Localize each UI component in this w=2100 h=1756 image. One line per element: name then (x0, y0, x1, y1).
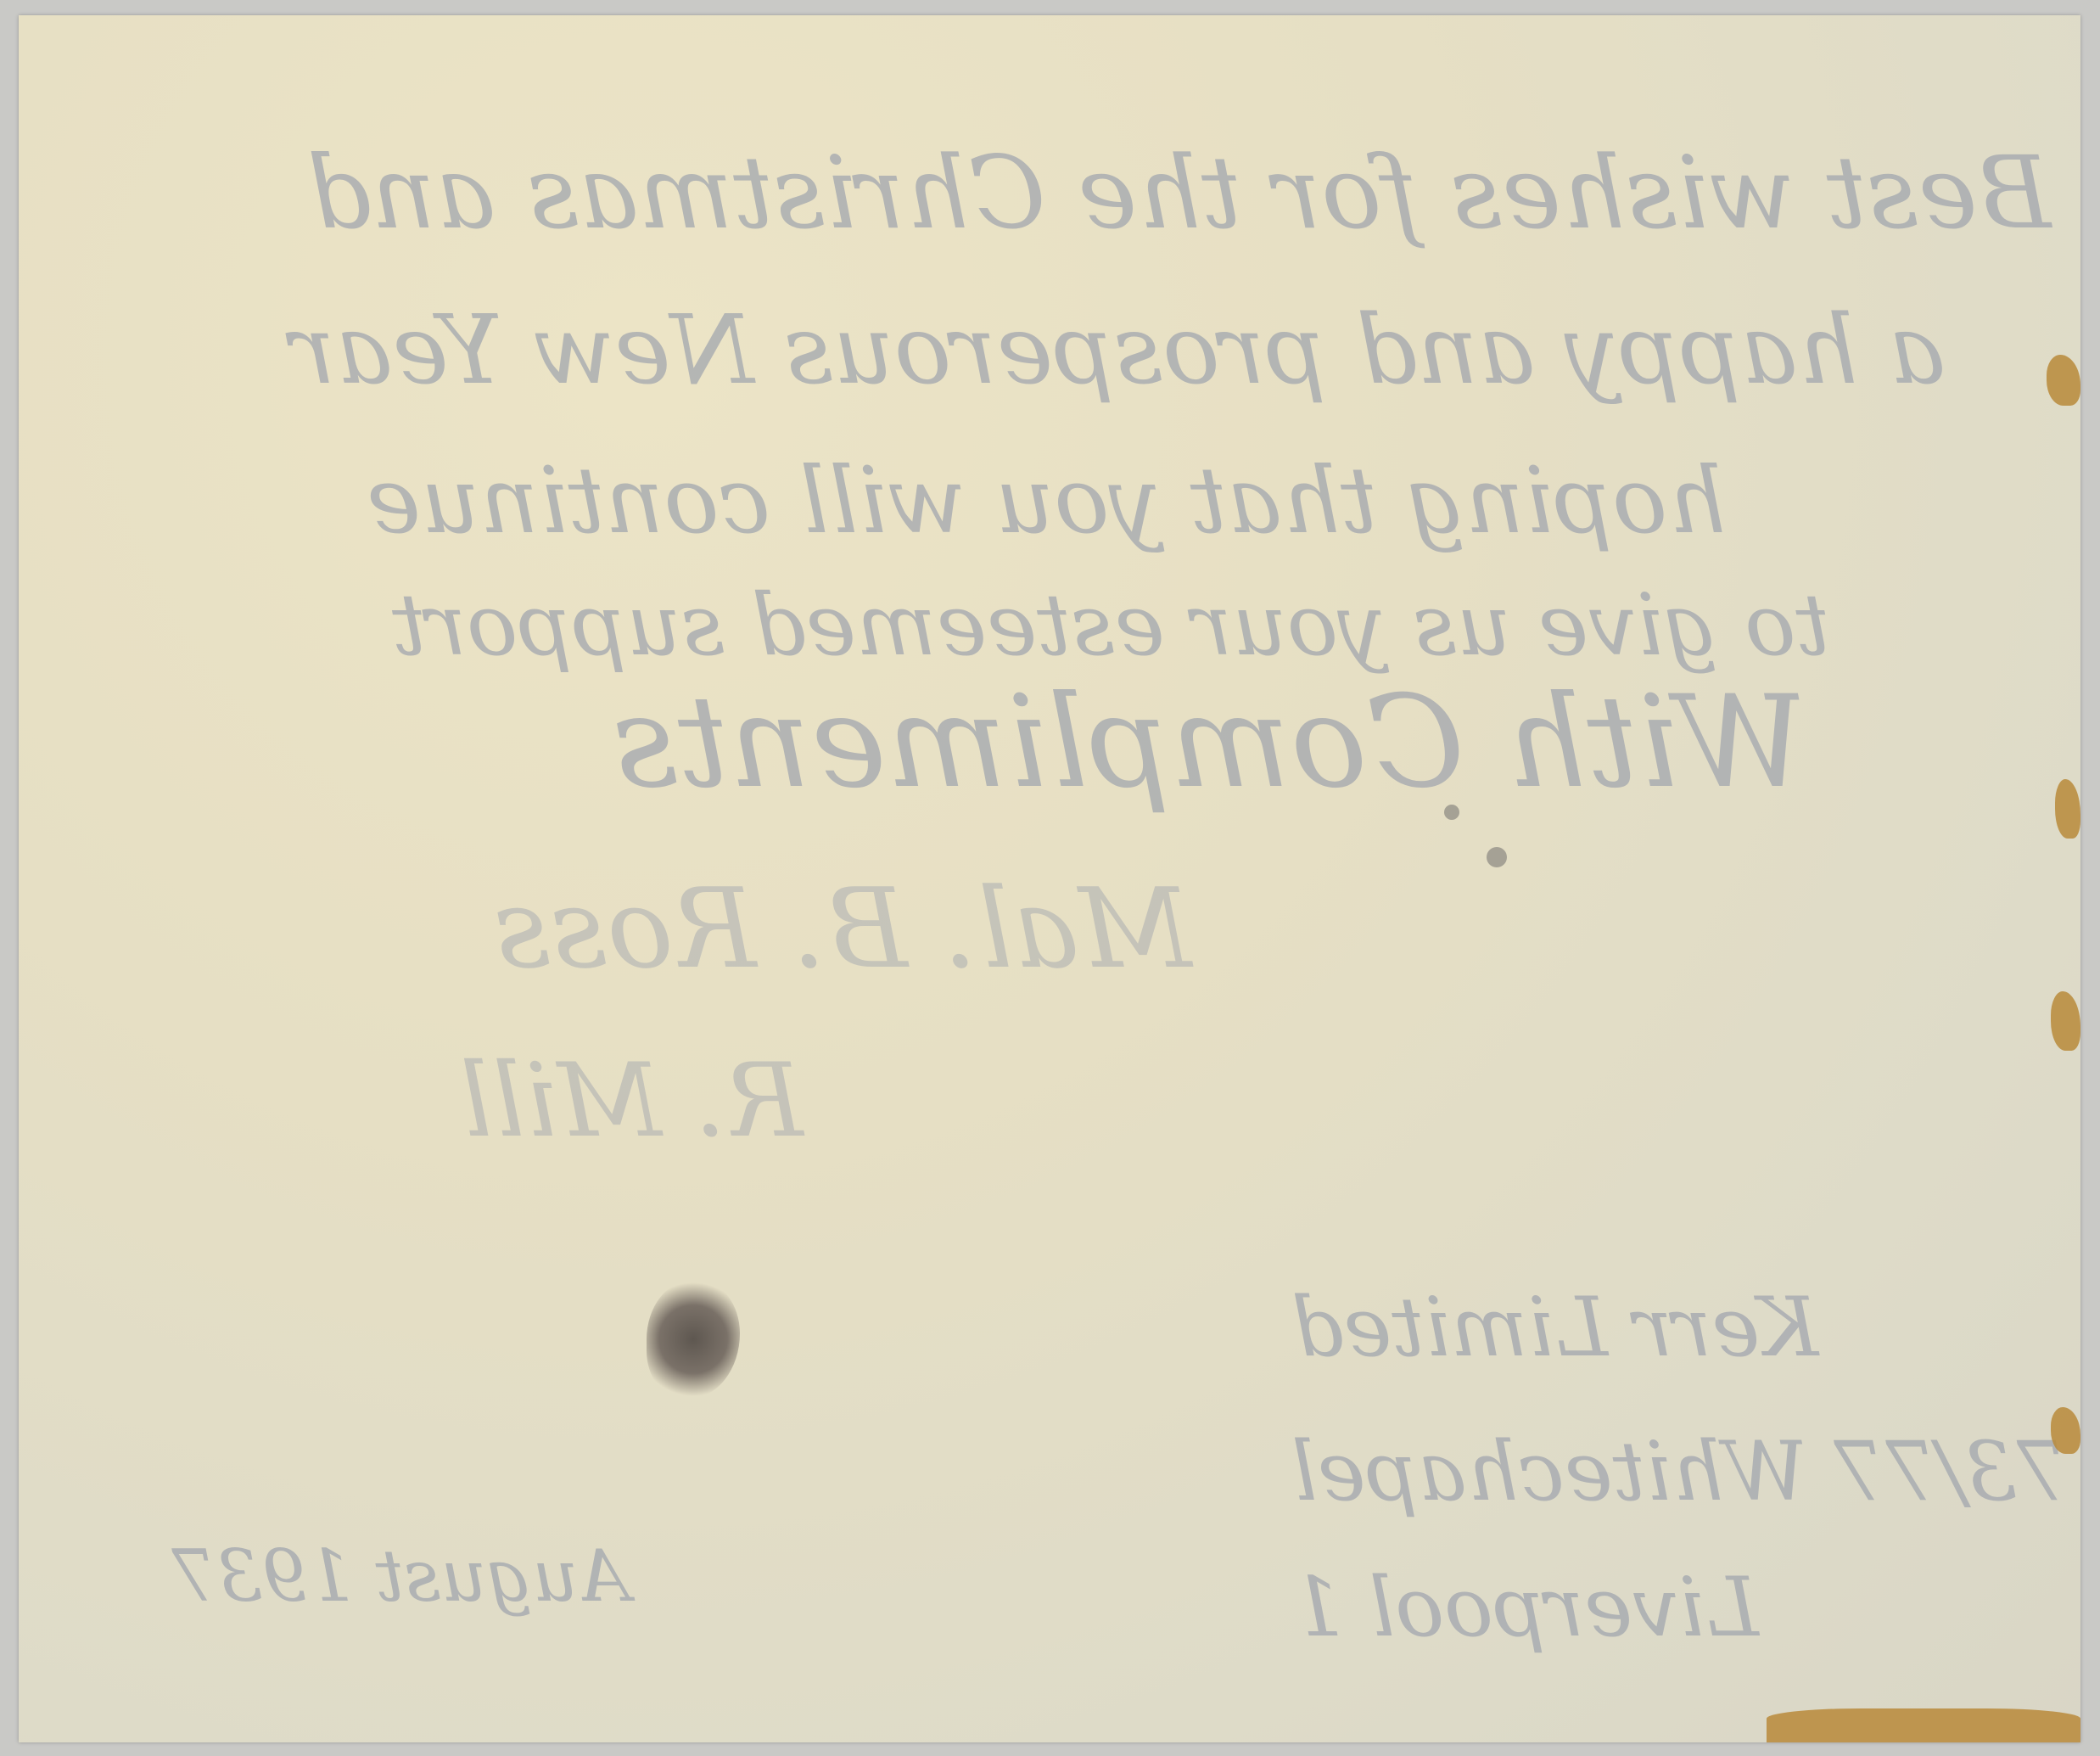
ink-smudge (647, 1280, 740, 1399)
mirrored-text-line-1: Best wishes for the Christmas and (307, 134, 2051, 251)
mirrored-text-line-2: a happy and prosperous New Year (290, 295, 1946, 406)
mirrored-date: August 1937 (171, 1534, 630, 1618)
mirrored-address-line-3: Liverpool 1 (1291, 1560, 1759, 1655)
edge-stain (2051, 991, 2080, 1051)
mirrored-compliments: With Compliments (613, 669, 1807, 816)
edge-stain (2055, 779, 2080, 839)
edge-stain (2051, 1407, 2080, 1454)
bottom-edge-stain (1767, 1708, 2080, 1742)
mirrored-signature-2: R. Mill (460, 1042, 804, 1160)
mirrored-address-line-1: Kerr Limited (1291, 1280, 1818, 1375)
paper-card: Best wishes for the Christmas and a happ… (19, 15, 2080, 1742)
mirrored-address-line-2: 73/77 Whitechapel (1291, 1424, 2069, 1519)
mirrored-text-line-3: hoping that you will continue (367, 448, 1727, 554)
spot (1444, 805, 1459, 820)
edge-stain (2047, 355, 2080, 406)
spot (1487, 847, 1507, 867)
mirrored-signature: Mal. B. Ross (494, 864, 1192, 993)
mirrored-text-line-4: to give us your esteemed support (392, 575, 1830, 675)
